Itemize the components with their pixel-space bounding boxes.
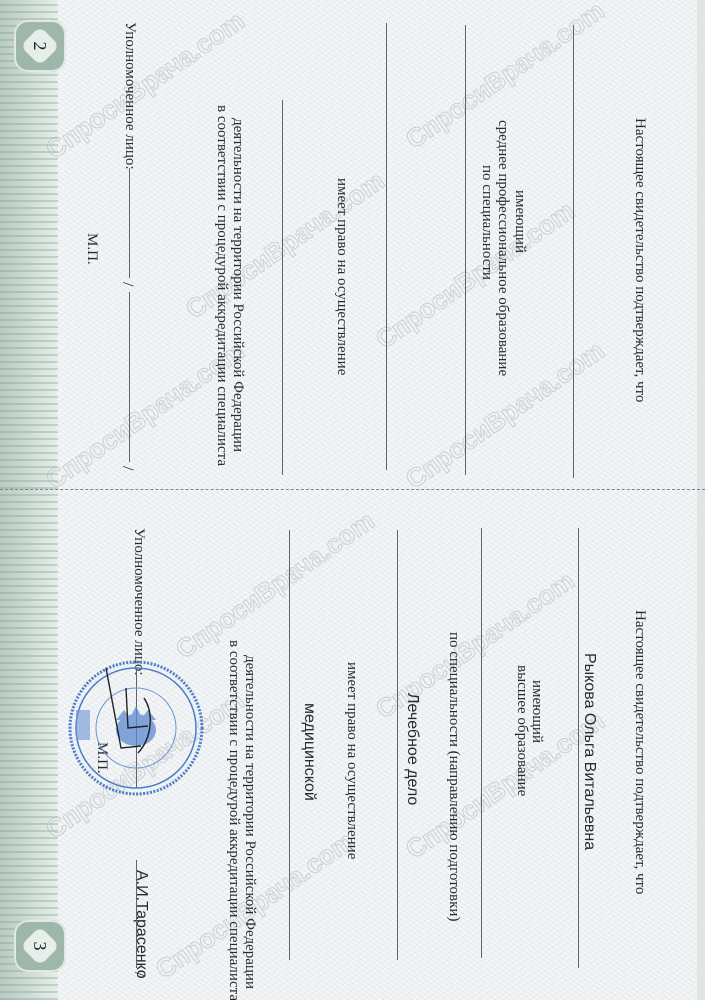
activity-line-2: в соответствии с процедурой аккредитации… <box>226 640 242 1000</box>
education-level: высшее образование <box>514 665 530 796</box>
holder-name-line <box>573 25 574 478</box>
activity-line <box>282 100 283 475</box>
stamp-number-box <box>76 710 90 740</box>
signatory-label: Уполномоченное лицо: <box>131 528 147 676</box>
certificate-heading: Настоящее свидетельство подтверждает, чт… <box>632 118 648 402</box>
separator: / <box>118 466 136 470</box>
specialty-line <box>397 530 398 960</box>
separator: / <box>118 282 136 286</box>
specialty-line <box>465 25 466 475</box>
signatory-name-line <box>136 860 137 968</box>
specialty-prefix: по специальности (направлению подготовки… <box>446 632 462 921</box>
seal-label: М.П. <box>84 233 100 265</box>
page-edge <box>697 0 705 1000</box>
right-text: имеет право на осуществление <box>334 178 350 375</box>
certificate-heading: Настоящее свидетельство подтверждает, чт… <box>632 610 648 894</box>
activity-line-1: деятельности на территории Российской Фе… <box>242 655 258 989</box>
activity-line-1: деятельности на территории Российской Фе… <box>230 118 246 452</box>
specialty-line-2 <box>386 23 387 470</box>
holder-name: Рыкова Ольга Витальевна <box>580 653 598 850</box>
page-number-badge: 2 <box>14 20 66 72</box>
signatory-name: А.И.Тарасенко <box>132 870 150 979</box>
page-number-badge: 3 <box>14 920 66 972</box>
education-line <box>481 528 482 958</box>
activity-line-2: в соответствии с процедурой аккредитации… <box>214 105 230 466</box>
separator: / <box>130 972 148 976</box>
signature-line <box>129 168 130 278</box>
education-prefix: имеющий <box>512 190 528 253</box>
signatory-name-line <box>129 292 130 462</box>
official-stamp <box>66 658 206 798</box>
page-number: 2 <box>14 20 66 72</box>
education-prefix: имеющий <box>529 680 545 743</box>
education-level: среднее профессиональное образование <box>495 120 511 376</box>
specialty-prefix: по специальности <box>479 165 495 280</box>
page-number: 3 <box>14 920 66 972</box>
page-fold <box>0 489 705 490</box>
activity-value: медицинской <box>300 703 318 801</box>
specialty-value: Лечебное дело <box>403 693 421 805</box>
holder-name-line <box>578 528 579 968</box>
signatory-label: Уполномоченное лицо: <box>122 22 138 170</box>
right-text: имеет право на осуществление <box>344 662 360 859</box>
activity-line <box>289 530 290 960</box>
